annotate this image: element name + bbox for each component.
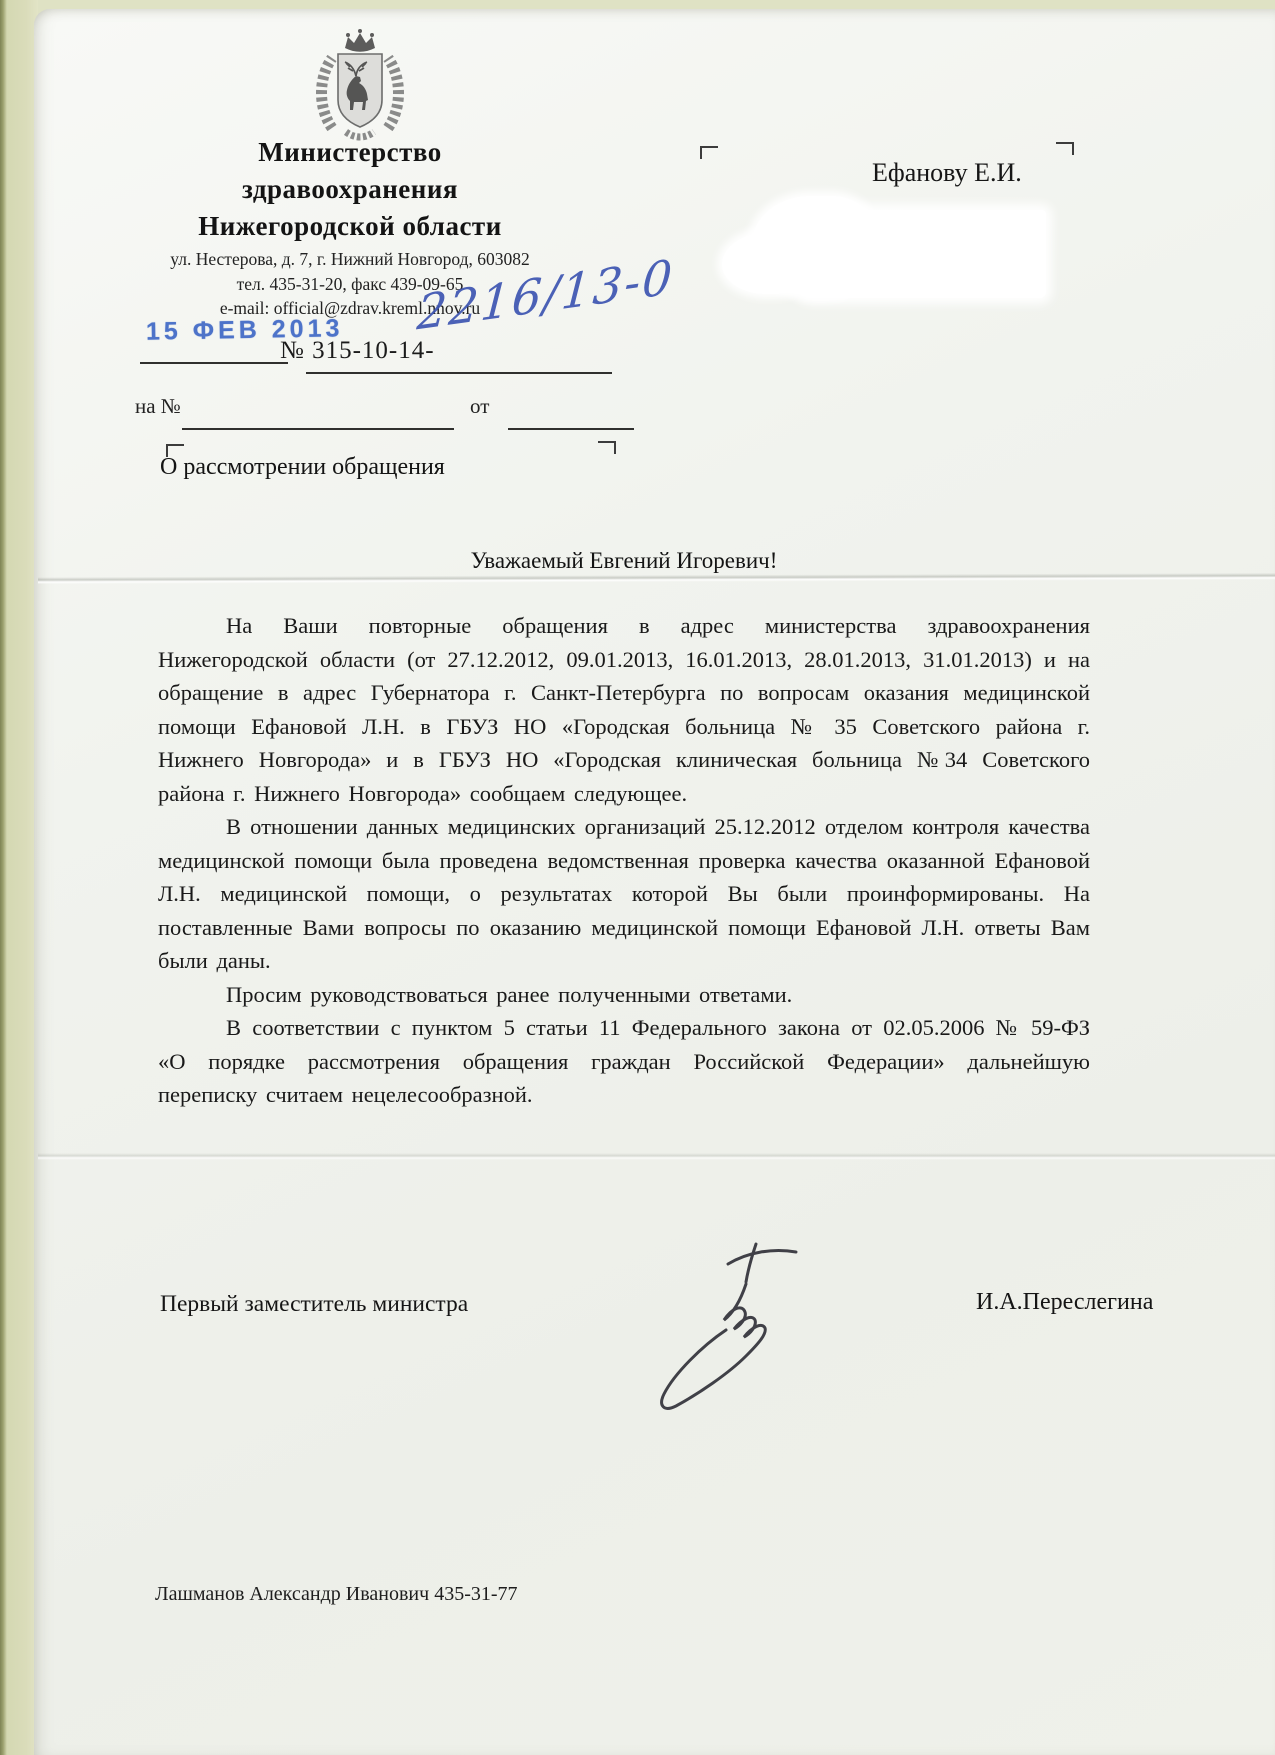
org-name: Министерство здравоохранения Нижегородск… — [110, 134, 590, 245]
body-paragraph: На Ваши повторные обращения в адрес мини… — [158, 609, 1090, 810]
org-name-line1: Министерство — [110, 134, 590, 171]
body-paragraph: Просим руководствоваться ранее полученны… — [158, 978, 1090, 1012]
addressee-corner-mark-right — [1056, 142, 1074, 155]
body-paragraph: В соответствии с пунктом 5 статьи 11 Фед… — [158, 1011, 1090, 1112]
reply-to-number-label: на № — [135, 394, 181, 419]
subject-corner-mark-right — [598, 441, 616, 454]
handwritten-signature — [628, 1236, 908, 1436]
body-paragraph: В отношении данных медицинских организац… — [158, 810, 1090, 978]
scanner-edge-strip — [0, 0, 38, 1755]
white-redaction-patch — [722, 232, 814, 294]
org-name-line2: здравоохранения — [110, 171, 590, 208]
outgoing-number-label: № 315-10-14- — [280, 337, 435, 365]
org-name-line3: Нижегородской области — [110, 208, 590, 245]
number-underline — [306, 372, 612, 374]
salutation: Уважаемый Евгений Игоревич! — [158, 548, 1090, 574]
reply-date-label: от — [470, 394, 489, 419]
addressee-name: Ефанову Е.И. — [872, 158, 1022, 188]
letter-body: На Ваши повторные обращения в адрес мини… — [158, 609, 1090, 1112]
executor-contact: Лашманов Александр Иванович 435-31-77 — [155, 1583, 518, 1606]
reply-date-underline — [508, 428, 634, 430]
scanned-letter: Министерство здравоохранения Нижегородск… — [0, 0, 1275, 1755]
subject-line: О рассмотрении обращения — [160, 454, 445, 481]
date-underline — [140, 362, 288, 364]
signer-name: И.А.Переслегина — [976, 1289, 1153, 1316]
reply-number-underline — [182, 428, 454, 430]
signer-position: Первый заместитель министра — [160, 1291, 468, 1318]
addressee-corner-mark-left — [700, 146, 718, 159]
org-address: ул. Нестерова, д. 7, г. Нижний Новгород,… — [110, 247, 590, 272]
